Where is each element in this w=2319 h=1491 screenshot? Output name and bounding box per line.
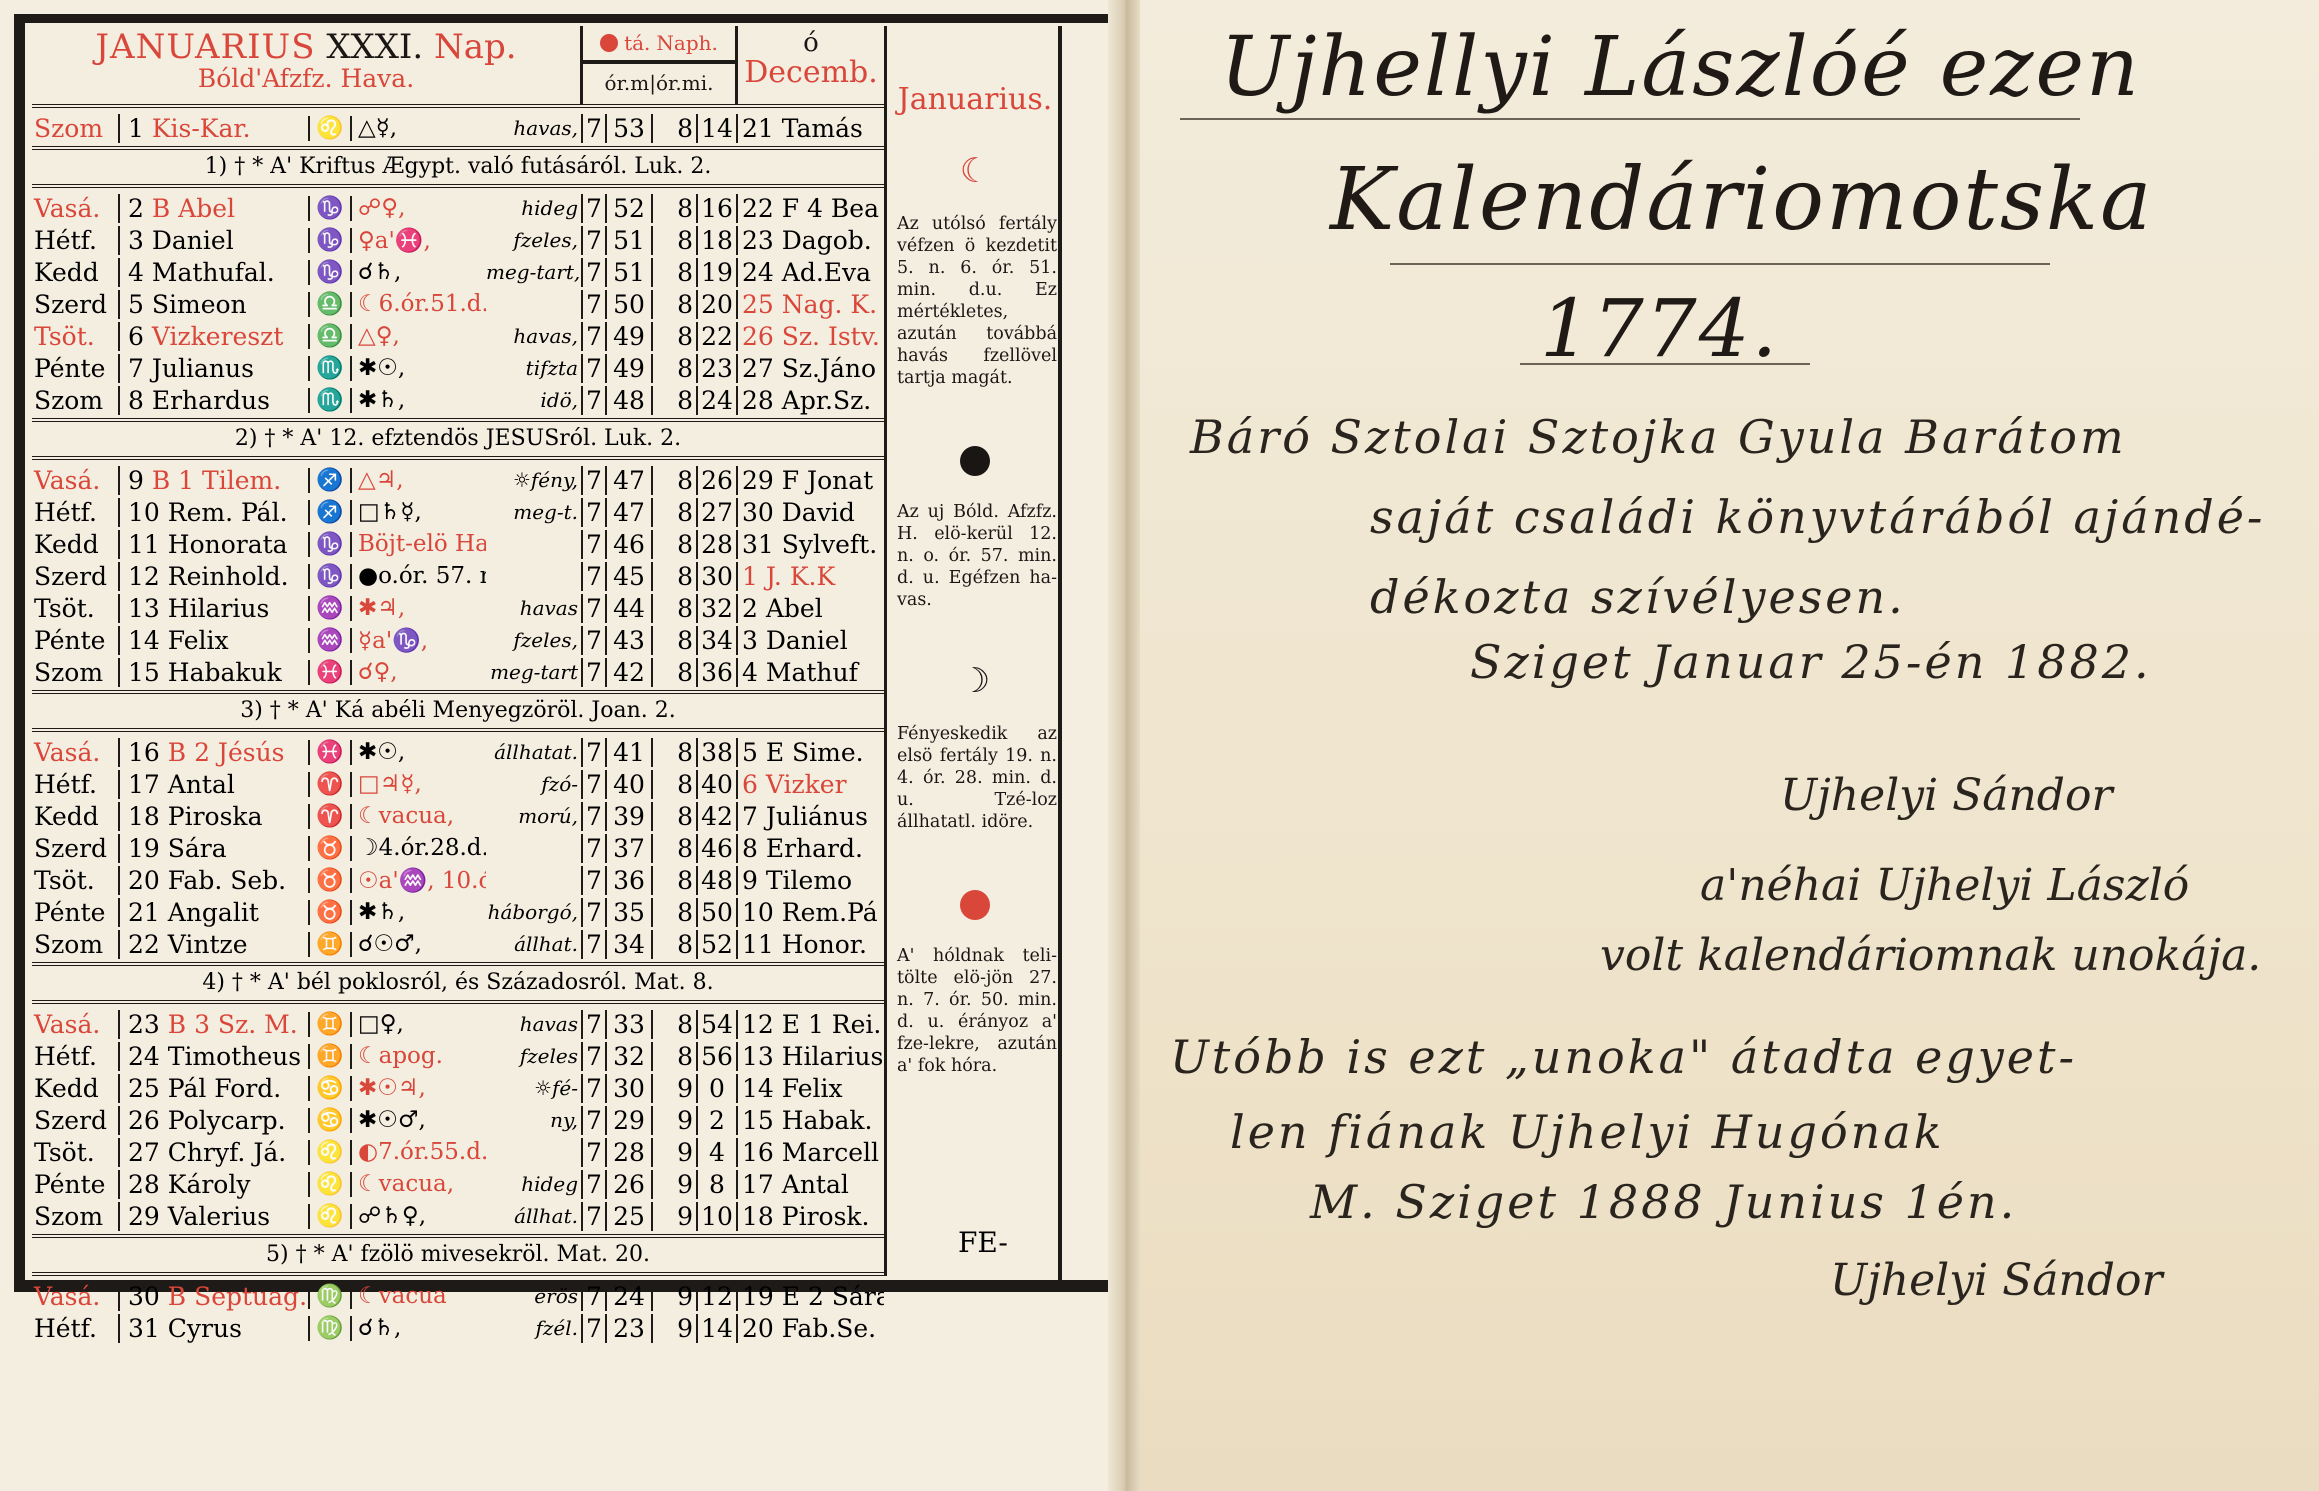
old-style-date: 1 J. K.K bbox=[738, 562, 884, 591]
sunrise-hour: 7 bbox=[581, 1314, 605, 1343]
underline bbox=[1520, 363, 1810, 365]
table-row: Vasá.2 B Abel♑☍♀,hideg75281622 F 4 Bea bbox=[32, 192, 884, 224]
sunrise-hour: 7 bbox=[581, 1282, 605, 1311]
aspect: △♀, bbox=[352, 323, 486, 349]
zodiac-icon: ♌ bbox=[308, 1140, 352, 1165]
sunrise-minute: 32 bbox=[605, 1042, 653, 1071]
table-row: Vasá.23 B 3 Sz. M.♊□♀,havas73385412 E 1 … bbox=[32, 1008, 884, 1040]
aspect: ☍♄♀, bbox=[352, 1203, 486, 1229]
old-style-date: 7 Juliánus bbox=[738, 802, 884, 831]
zodiac-icon: ♌ bbox=[308, 1204, 352, 1229]
weather: morú, bbox=[486, 804, 581, 828]
weather: meg-t. bbox=[486, 500, 581, 524]
sunset-minute: 28 bbox=[696, 530, 738, 559]
day-count-label: Nap. bbox=[434, 27, 517, 67]
month-subtitle: Bóld'Afzfz. Hava. bbox=[32, 66, 580, 91]
saint-name: B 1 Tilem. bbox=[152, 466, 281, 495]
weekday: Szom bbox=[32, 658, 120, 687]
aspect: ☾vacua bbox=[352, 1283, 486, 1309]
weekday: Szerd bbox=[32, 562, 120, 591]
sunset-hour: 8 bbox=[653, 354, 696, 383]
aspect: ☌♄, bbox=[352, 1315, 486, 1341]
saint-name: Vintze bbox=[168, 930, 248, 959]
book-spread: JANUARIUS XXXI. Nap. Bóld'Afzfz. Hava. t… bbox=[0, 0, 2319, 1491]
saint-name: Valerius bbox=[168, 1202, 270, 1231]
day-number: 25 bbox=[128, 1074, 160, 1103]
sunrise-hour: 7 bbox=[581, 658, 605, 687]
table-row: Hétf.17 Antal♈□♃☿,fzó-7408406 Vizker bbox=[32, 768, 884, 800]
table-row: Vasá.9 B 1 Tilem.♐△♃,☼fény,74782629 F Jo… bbox=[32, 464, 884, 496]
full-moon-icon bbox=[887, 879, 1063, 927]
sunrise-minute: 50 bbox=[605, 290, 653, 319]
sunrise-hour: 7 bbox=[581, 258, 605, 287]
old-style-date: 24 Ad.Eva bbox=[738, 258, 884, 287]
sunset-hour: 8 bbox=[653, 898, 696, 927]
sunset-minute: 12 bbox=[696, 1282, 738, 1311]
saint-name: Reinhold. bbox=[168, 562, 289, 591]
weekday: Vasá. bbox=[32, 194, 120, 223]
zodiac-icon: ♑ bbox=[308, 564, 352, 589]
sunset-hour: 8 bbox=[653, 802, 696, 831]
weekday: Pénte bbox=[32, 626, 120, 655]
weekday: Kedd bbox=[32, 258, 120, 287]
zodiac-icon: ♌ bbox=[308, 116, 352, 141]
sunset-minute: 8 bbox=[696, 1170, 738, 1199]
old-style-date: 22 F 4 Bea bbox=[738, 194, 884, 223]
sunrise-hour: 7 bbox=[581, 1138, 605, 1167]
sunrise-minute: 47 bbox=[605, 498, 653, 527]
table-row: Hétf.31 Cyrus♍☌♄,fzél.72391420 Fab.Se. bbox=[32, 1312, 884, 1344]
zodiac-icon: ♉ bbox=[308, 900, 352, 925]
sunrise-minute: 49 bbox=[605, 322, 653, 351]
sunset-hour: 8 bbox=[653, 866, 696, 895]
old-style-date: 12 E 1 Rei. bbox=[738, 1010, 884, 1039]
day-number: 19 bbox=[128, 834, 160, 863]
week-1: Vasá.2 B Abel♑☍♀,hideg75281622 F 4 BeaHé… bbox=[32, 188, 884, 422]
sunrise-minute: 47 bbox=[605, 466, 653, 495]
sunset-hour: 8 bbox=[653, 658, 696, 687]
sunrise-hour: 7 bbox=[581, 1202, 605, 1231]
sunrise-minute: 48 bbox=[605, 386, 653, 415]
zodiac-icon: ♊ bbox=[308, 1012, 352, 1037]
sunrise-minute: 51 bbox=[605, 226, 653, 255]
old-style-date: 8 Erhard. bbox=[738, 834, 884, 863]
sunset-hour: 9 bbox=[653, 1314, 696, 1343]
day-number: 2 bbox=[128, 194, 144, 223]
aspect: ✱☉♂, bbox=[352, 1107, 486, 1133]
old-style-date: 2 Abel bbox=[738, 594, 884, 623]
zodiac-icon: ♌ bbox=[308, 1172, 352, 1197]
weekday: Hétf. bbox=[32, 1314, 120, 1343]
weather: fzeles, bbox=[486, 228, 581, 252]
weekday: Kedd bbox=[32, 1074, 120, 1103]
sunrise-minute: 24 bbox=[605, 1282, 653, 1311]
saint-name: Sára bbox=[168, 834, 227, 863]
old-style-date: 5 E Sime. bbox=[738, 738, 884, 767]
weather: háborgó, bbox=[486, 900, 581, 924]
aspect: ✱♄, bbox=[352, 899, 486, 925]
zodiac-icon: ♍ bbox=[308, 1284, 352, 1309]
sunrise-hour: 7 bbox=[581, 1106, 605, 1135]
sunrise-minute: 36 bbox=[605, 866, 653, 895]
sunrise-minute: 23 bbox=[605, 1314, 653, 1343]
sunrise-hour: 7 bbox=[581, 1010, 605, 1039]
weekday: Pénte bbox=[32, 354, 120, 383]
day-number: 15 bbox=[128, 658, 160, 687]
sunset-label: Naph. bbox=[656, 31, 717, 55]
saint-name: Mathufal. bbox=[152, 258, 275, 287]
sunrise-hour: 7 bbox=[581, 626, 605, 655]
weekday: Hétf. bbox=[32, 498, 120, 527]
table-row: Pénte28 Károly♌☾vacua,hideg7269817 Antal bbox=[32, 1168, 884, 1200]
weather: állhat. bbox=[486, 1204, 581, 1228]
sunrise-minute: 26 bbox=[605, 1170, 653, 1199]
zodiac-icon: ♑ bbox=[308, 228, 352, 253]
sunset-minute: 18 bbox=[696, 226, 738, 255]
weekday: Szom bbox=[32, 386, 120, 415]
sunrise-label: tá. bbox=[624, 31, 650, 55]
saint-name: Felix bbox=[168, 626, 229, 655]
weather: erös bbox=[486, 1284, 581, 1308]
sunset-hour: 8 bbox=[653, 594, 696, 623]
month-name: JANUARIUS bbox=[95, 27, 315, 67]
old-style-date: 23 Dagob. bbox=[738, 226, 884, 255]
table-row: Szom15 Habakuk♓☌♀,meg-tart7428364 Mathuf bbox=[32, 656, 884, 688]
underline bbox=[1390, 263, 2050, 265]
weekday: Vasá. bbox=[32, 1282, 120, 1311]
table-row: Szerd5 Simeon♎☾6.ór.51.d.u.75082025 Nag.… bbox=[32, 288, 884, 320]
day-number: 27 bbox=[128, 1138, 160, 1167]
sunset-minute: 2 bbox=[696, 1106, 738, 1135]
aspect: ✱♄, bbox=[352, 387, 486, 413]
aspect: ✱♃, bbox=[352, 595, 486, 621]
weekday: Kedd bbox=[32, 530, 120, 559]
old-style-header: ó Decemb. bbox=[738, 26, 884, 104]
sunset-minute: 34 bbox=[696, 626, 738, 655]
zodiac-icon: ♑ bbox=[308, 196, 352, 221]
weekday: Vasá. bbox=[32, 738, 120, 767]
saint-name: B Abel bbox=[152, 194, 235, 223]
zodiac-icon: ♓ bbox=[308, 740, 352, 765]
sunrise-hour: 7 bbox=[581, 594, 605, 623]
handwritten-page: Ujhellyi Lászlóé ezen Kalendáriomotska 1… bbox=[1140, 0, 2319, 1491]
zodiac-icon: ♊ bbox=[308, 932, 352, 957]
zodiac-icon: ♉ bbox=[308, 868, 352, 893]
zodiac-icon: ♑ bbox=[308, 260, 352, 285]
zodiac-icon: ♐ bbox=[308, 468, 352, 493]
table-row: Kedd18 Piroska♈☾vacua,morú,7398427 Juliá… bbox=[32, 800, 884, 832]
day-number: 28 bbox=[128, 1170, 160, 1199]
signature-line: a'néhai Ujhelyi László bbox=[1700, 860, 2189, 911]
saint-name: Habakuk bbox=[168, 658, 282, 687]
saint-name: Fab. Seb. bbox=[168, 866, 286, 895]
old-style-date: 16 Marcell bbox=[738, 1138, 884, 1167]
sunset-minute: 0 bbox=[696, 1074, 738, 1103]
sunset-minute: 46 bbox=[696, 834, 738, 863]
old-style-date: 29 F Jonat bbox=[738, 466, 884, 495]
day-number: 10 bbox=[128, 498, 160, 527]
table-row: Hétf.10 Rem. Pál.♐□♄☿,meg-t.74782730 Dav… bbox=[32, 496, 884, 528]
table-row: Kedd11 Honorata♑Böjt-elö Hava74682831 Sy… bbox=[32, 528, 884, 560]
day-number: 13 bbox=[128, 594, 160, 623]
moon-phase-column: Januarius. ☾Az utólsó fertály véfzen ö k… bbox=[884, 26, 1063, 1276]
sunset-hour: 8 bbox=[653, 1042, 696, 1071]
day-number: 4 bbox=[128, 258, 144, 287]
sunrise-hour: 7 bbox=[581, 354, 605, 383]
moon-phase-note: Fényeskedik az elsö fertály 19. n. 4. ór… bbox=[887, 723, 1063, 833]
sunset-hour: 9 bbox=[653, 1202, 696, 1231]
weekday: Hétf. bbox=[32, 770, 120, 799]
weather: tifzta bbox=[486, 356, 581, 380]
week-0: Szom 1 Kis-Kar. ♌ △☿, havas, 7 53 8 14 2… bbox=[32, 108, 884, 150]
sunrise-minute: 53 bbox=[605, 114, 653, 143]
day-number: 22 bbox=[128, 930, 160, 959]
weather: ☼fény, bbox=[486, 468, 581, 492]
sunrise-minute: 46 bbox=[605, 530, 653, 559]
aspect: ✱☉♃, bbox=[352, 1075, 486, 1101]
day-number: 9 bbox=[128, 466, 144, 495]
saint-name: Piroska bbox=[168, 802, 263, 831]
sunset-minute: 30 bbox=[696, 562, 738, 591]
title-line-2: Kalendáriomotska bbox=[1330, 150, 2153, 250]
day-number: 21 bbox=[128, 898, 160, 927]
aspect: □♃☿, bbox=[352, 771, 486, 797]
sunrise-minute: 30 bbox=[605, 1074, 653, 1103]
sunset-hour: 8 bbox=[653, 290, 696, 319]
saint-name: Daniel bbox=[152, 226, 234, 255]
table-row: Pénte21 Angalit♉✱♄,háborgó,73585010 Rem.… bbox=[32, 896, 884, 928]
sunset-minute: 23 bbox=[696, 354, 738, 383]
zodiac-icon: ♐ bbox=[308, 500, 352, 525]
weather: idö, bbox=[486, 388, 581, 412]
sunrise-hour: 7 bbox=[581, 1042, 605, 1071]
aspect: ◐7.ór.55.d.u. bbox=[352, 1139, 486, 1165]
sunset-minute: 14 bbox=[696, 114, 738, 143]
saint-name: Simeon bbox=[152, 290, 247, 319]
aspect: ☌♀, bbox=[352, 659, 486, 685]
day-number: 6 bbox=[128, 322, 144, 351]
sunset-hour: 8 bbox=[653, 834, 696, 863]
table-row: Pénte14 Felix♒☿a'♑,fzeles,7438343 Daniel bbox=[32, 624, 884, 656]
weekday: Hétf. bbox=[32, 226, 120, 255]
saint-name: B 3 Sz. M. bbox=[168, 1010, 298, 1039]
sunset-hour: 8 bbox=[653, 562, 696, 591]
weekday: Pénte bbox=[32, 898, 120, 927]
sunset-hour: 9 bbox=[653, 1074, 696, 1103]
weather: ☼fé- bbox=[486, 1076, 581, 1100]
old-style-date: 9 Tilemo bbox=[738, 866, 884, 895]
transfer-note-line: Utóbb is ezt „unoka" átadta egyet- bbox=[1170, 1030, 2077, 1084]
weather: havas bbox=[486, 596, 581, 620]
aspect: ☌☉♂, bbox=[352, 931, 486, 957]
sunset-hour: 9 bbox=[653, 1138, 696, 1167]
sunrise-hour: 7 bbox=[581, 1074, 605, 1103]
sunset-hour: 8 bbox=[653, 770, 696, 799]
table-row: Hétf.24 Timotheus♊☾apog.fzeles73285613 H… bbox=[32, 1040, 884, 1072]
sunset-hour: 9 bbox=[653, 1170, 696, 1199]
zodiac-icon: ♋ bbox=[308, 1108, 352, 1133]
table-row: Hétf.3 Daniel♑♀a'♓,fzeles,75181823 Dagob… bbox=[32, 224, 884, 256]
sun-icon bbox=[600, 34, 618, 52]
table-row: Vasá.30 B Septuag.♍☾vacuaerös72491219 E … bbox=[32, 1280, 884, 1312]
weekday: Pénte bbox=[32, 1170, 120, 1199]
weather: állhatat. bbox=[486, 740, 581, 764]
sunrise-hour: 7 bbox=[581, 770, 605, 799]
new-moon-icon bbox=[887, 435, 1063, 483]
weekday: Tsöt. bbox=[32, 866, 120, 895]
sunset-minute: 22 bbox=[696, 322, 738, 351]
hour-minute-label: ór.m|ór.mi. bbox=[583, 64, 735, 102]
sunset-hour: 8 bbox=[653, 258, 696, 287]
sunset-hour: 9 bbox=[653, 1106, 696, 1135]
sunset-minute: 56 bbox=[696, 1042, 738, 1071]
sunset-minute: 20 bbox=[696, 290, 738, 319]
weekday: Tsöt. bbox=[32, 594, 120, 623]
sunrise-hour: 7 bbox=[581, 1170, 605, 1199]
aspect: ✱☉, bbox=[352, 355, 486, 381]
dedication-line: saját családi könyvtárából ajándé- bbox=[1370, 490, 2265, 544]
sunset-minute: 38 bbox=[696, 738, 738, 767]
sunrise-minute: 25 bbox=[605, 1202, 653, 1231]
old-style-date: 26 Sz. Istv. bbox=[738, 322, 884, 351]
weather: havas bbox=[486, 1012, 581, 1036]
old-style-date: 4 Mathuf bbox=[738, 658, 884, 687]
old-style-date: 21 Tamás bbox=[738, 114, 884, 143]
table-row: Tsöt.27 Chryf. Já.♌◐7.ór.55.d.u.7289416 … bbox=[32, 1136, 884, 1168]
day-number: 8 bbox=[128, 386, 144, 415]
sunset-minute: 36 bbox=[696, 658, 738, 687]
sunset-minute: 50 bbox=[696, 898, 738, 927]
day-number: 7 bbox=[128, 354, 144, 383]
week-4: Vasá.23 B 3 Sz. M.♊□♀,havas73385412 E 1 … bbox=[32, 1004, 884, 1238]
sunset-minute: 16 bbox=[696, 194, 738, 223]
day-number: 1 bbox=[128, 114, 144, 143]
weekday: Vasá. bbox=[32, 466, 120, 495]
sunset-minute: 52 bbox=[696, 930, 738, 959]
day-number: 18 bbox=[128, 802, 160, 831]
sunrise-hour: 7 bbox=[581, 802, 605, 831]
weather: havas, bbox=[486, 116, 581, 140]
saint-name: Honorata bbox=[168, 530, 288, 559]
sunrise-hour: 7 bbox=[581, 322, 605, 351]
gospel-reading: 5) † * A' fzölö mivesekröl. Mat. 20. bbox=[32, 1238, 884, 1276]
zodiac-icon: ♒ bbox=[308, 628, 352, 653]
sunset-minute: 10 bbox=[696, 1202, 738, 1231]
aspect: ☾vacua, bbox=[352, 803, 486, 829]
weather: fzó- bbox=[486, 772, 581, 796]
weekday: Szerd bbox=[32, 834, 120, 863]
old-style-date: 27 Sz.Jáno bbox=[738, 354, 884, 383]
zodiac-icon: ♎ bbox=[308, 324, 352, 349]
weather: fzeles, bbox=[486, 628, 581, 652]
aspect: ☉a'♒, 10.ór. bbox=[352, 867, 486, 894]
table-row: Vasá.16 B 2 Jésús♓✱☉,állhatat.7418385 E … bbox=[32, 736, 884, 768]
sunset-minute: 14 bbox=[696, 1314, 738, 1343]
transfer-note-date: M. Sziget 1888 Junius 1én. bbox=[1310, 1175, 2017, 1229]
sunrise-minute: 40 bbox=[605, 770, 653, 799]
saint-name: Pál Ford. bbox=[168, 1074, 281, 1103]
gospel-reading: 3) † * A' Ká abéli Menyegzöröl. Joan. 2. bbox=[32, 694, 884, 732]
gospel-reading: 2) † * A' 12. efztendös JESUSról. Luk. 2… bbox=[32, 422, 884, 460]
day-number: 26 bbox=[128, 1106, 160, 1135]
weekday: Szerd bbox=[32, 290, 120, 319]
sunrise-minute: 52 bbox=[605, 194, 653, 223]
sunrise-minute: 35 bbox=[605, 898, 653, 927]
aspect: ☾6.ór.51.d.u. bbox=[352, 291, 486, 317]
weather: hideg bbox=[486, 1172, 581, 1196]
sunset-minute: 19 bbox=[696, 258, 738, 287]
weather: meg-tart bbox=[486, 660, 581, 684]
sunrise-minute: 34 bbox=[605, 930, 653, 959]
gospel-reading: 1) † * A' Kriftus Ægypt. való futásáról.… bbox=[32, 150, 884, 188]
day-number: 12 bbox=[128, 562, 160, 591]
day-number: 29 bbox=[128, 1202, 160, 1231]
sunset-hour: 8 bbox=[653, 930, 696, 959]
sunrise-minute: 33 bbox=[605, 1010, 653, 1039]
saint-name: Hilarius bbox=[168, 594, 270, 623]
zodiac-icon: ♉ bbox=[308, 836, 352, 861]
saint-name: B Septuag. bbox=[168, 1282, 307, 1311]
saint-name: Timotheus bbox=[168, 1042, 301, 1071]
sunset-hour: 8 bbox=[653, 626, 696, 655]
zodiac-icon: ♏ bbox=[308, 356, 352, 381]
sunrise-minute: 51 bbox=[605, 258, 653, 287]
sunset-minute: 40 bbox=[696, 770, 738, 799]
weather: havas, bbox=[486, 324, 581, 348]
weekday: Kedd bbox=[32, 802, 120, 831]
old-style-date: 14 Felix bbox=[738, 1074, 884, 1103]
table-row: Kedd25 Pál Ford.♋✱☉♃,☼fé-7309014 Felix bbox=[32, 1072, 884, 1104]
sunset-minute: 48 bbox=[696, 866, 738, 895]
old-style-date: 15 Habak. bbox=[738, 1106, 884, 1135]
dedication-line: dékozta szívélyesen. bbox=[1370, 570, 1906, 624]
day-number: 14 bbox=[128, 626, 160, 655]
old-style-date: 20 Fab.Se. bbox=[738, 1314, 884, 1343]
aspect: □♀, bbox=[352, 1011, 486, 1037]
aspect: □♄☿, bbox=[352, 499, 486, 525]
day-number: 31 bbox=[128, 1314, 160, 1343]
sunrise-hour: 7 bbox=[581, 930, 605, 959]
table-row: Szom8 Erhardus♏✱♄,idö,74882428 Apr.Sz. bbox=[32, 384, 884, 416]
sunset-minute: 26 bbox=[696, 466, 738, 495]
gospel-reading: 4) † * A' bél poklosról, és Századosról.… bbox=[32, 966, 884, 1004]
old-style-date: 3 Daniel bbox=[738, 626, 884, 655]
sunset-minute: 42 bbox=[696, 802, 738, 831]
title-line-1: Ujhellyi Lászlóé ezen bbox=[1220, 20, 2141, 115]
sunrise-hour: 7 bbox=[581, 866, 605, 895]
day-number: 5 bbox=[128, 290, 144, 319]
dedication-date: Sziget Januar 25-én 1882. bbox=[1470, 635, 2152, 689]
weekday: Vasá. bbox=[32, 1010, 120, 1039]
zodiac-icon: ♏ bbox=[308, 388, 352, 413]
old-style-date: 18 Pirosk. bbox=[738, 1202, 884, 1231]
table-row: Tsöt.13 Hilarius♒✱♃,havas7448322 Abel bbox=[32, 592, 884, 624]
weather: hideg bbox=[486, 196, 581, 220]
saint-name: Julianus bbox=[152, 354, 254, 383]
saint-name: B 2 Jésús bbox=[168, 738, 285, 767]
sunset-minute: 24 bbox=[696, 386, 738, 415]
sunrise-hour: 7 bbox=[581, 194, 605, 223]
sunrise-minute: 45 bbox=[605, 562, 653, 591]
sunrise-minute: 41 bbox=[605, 738, 653, 767]
book-gutter bbox=[1108, 0, 1142, 1491]
sunrise-hour: 7 bbox=[581, 290, 605, 319]
week-5: Vasá.30 B Septuag.♍☾vacuaerös72491219 E … bbox=[32, 1276, 884, 1346]
day-number: 20 bbox=[128, 866, 160, 895]
sunset-hour: 9 bbox=[653, 1282, 696, 1311]
aspect: ☽4.ór.28.d.u- bbox=[352, 835, 486, 861]
sunset-minute: 4 bbox=[696, 1138, 738, 1167]
